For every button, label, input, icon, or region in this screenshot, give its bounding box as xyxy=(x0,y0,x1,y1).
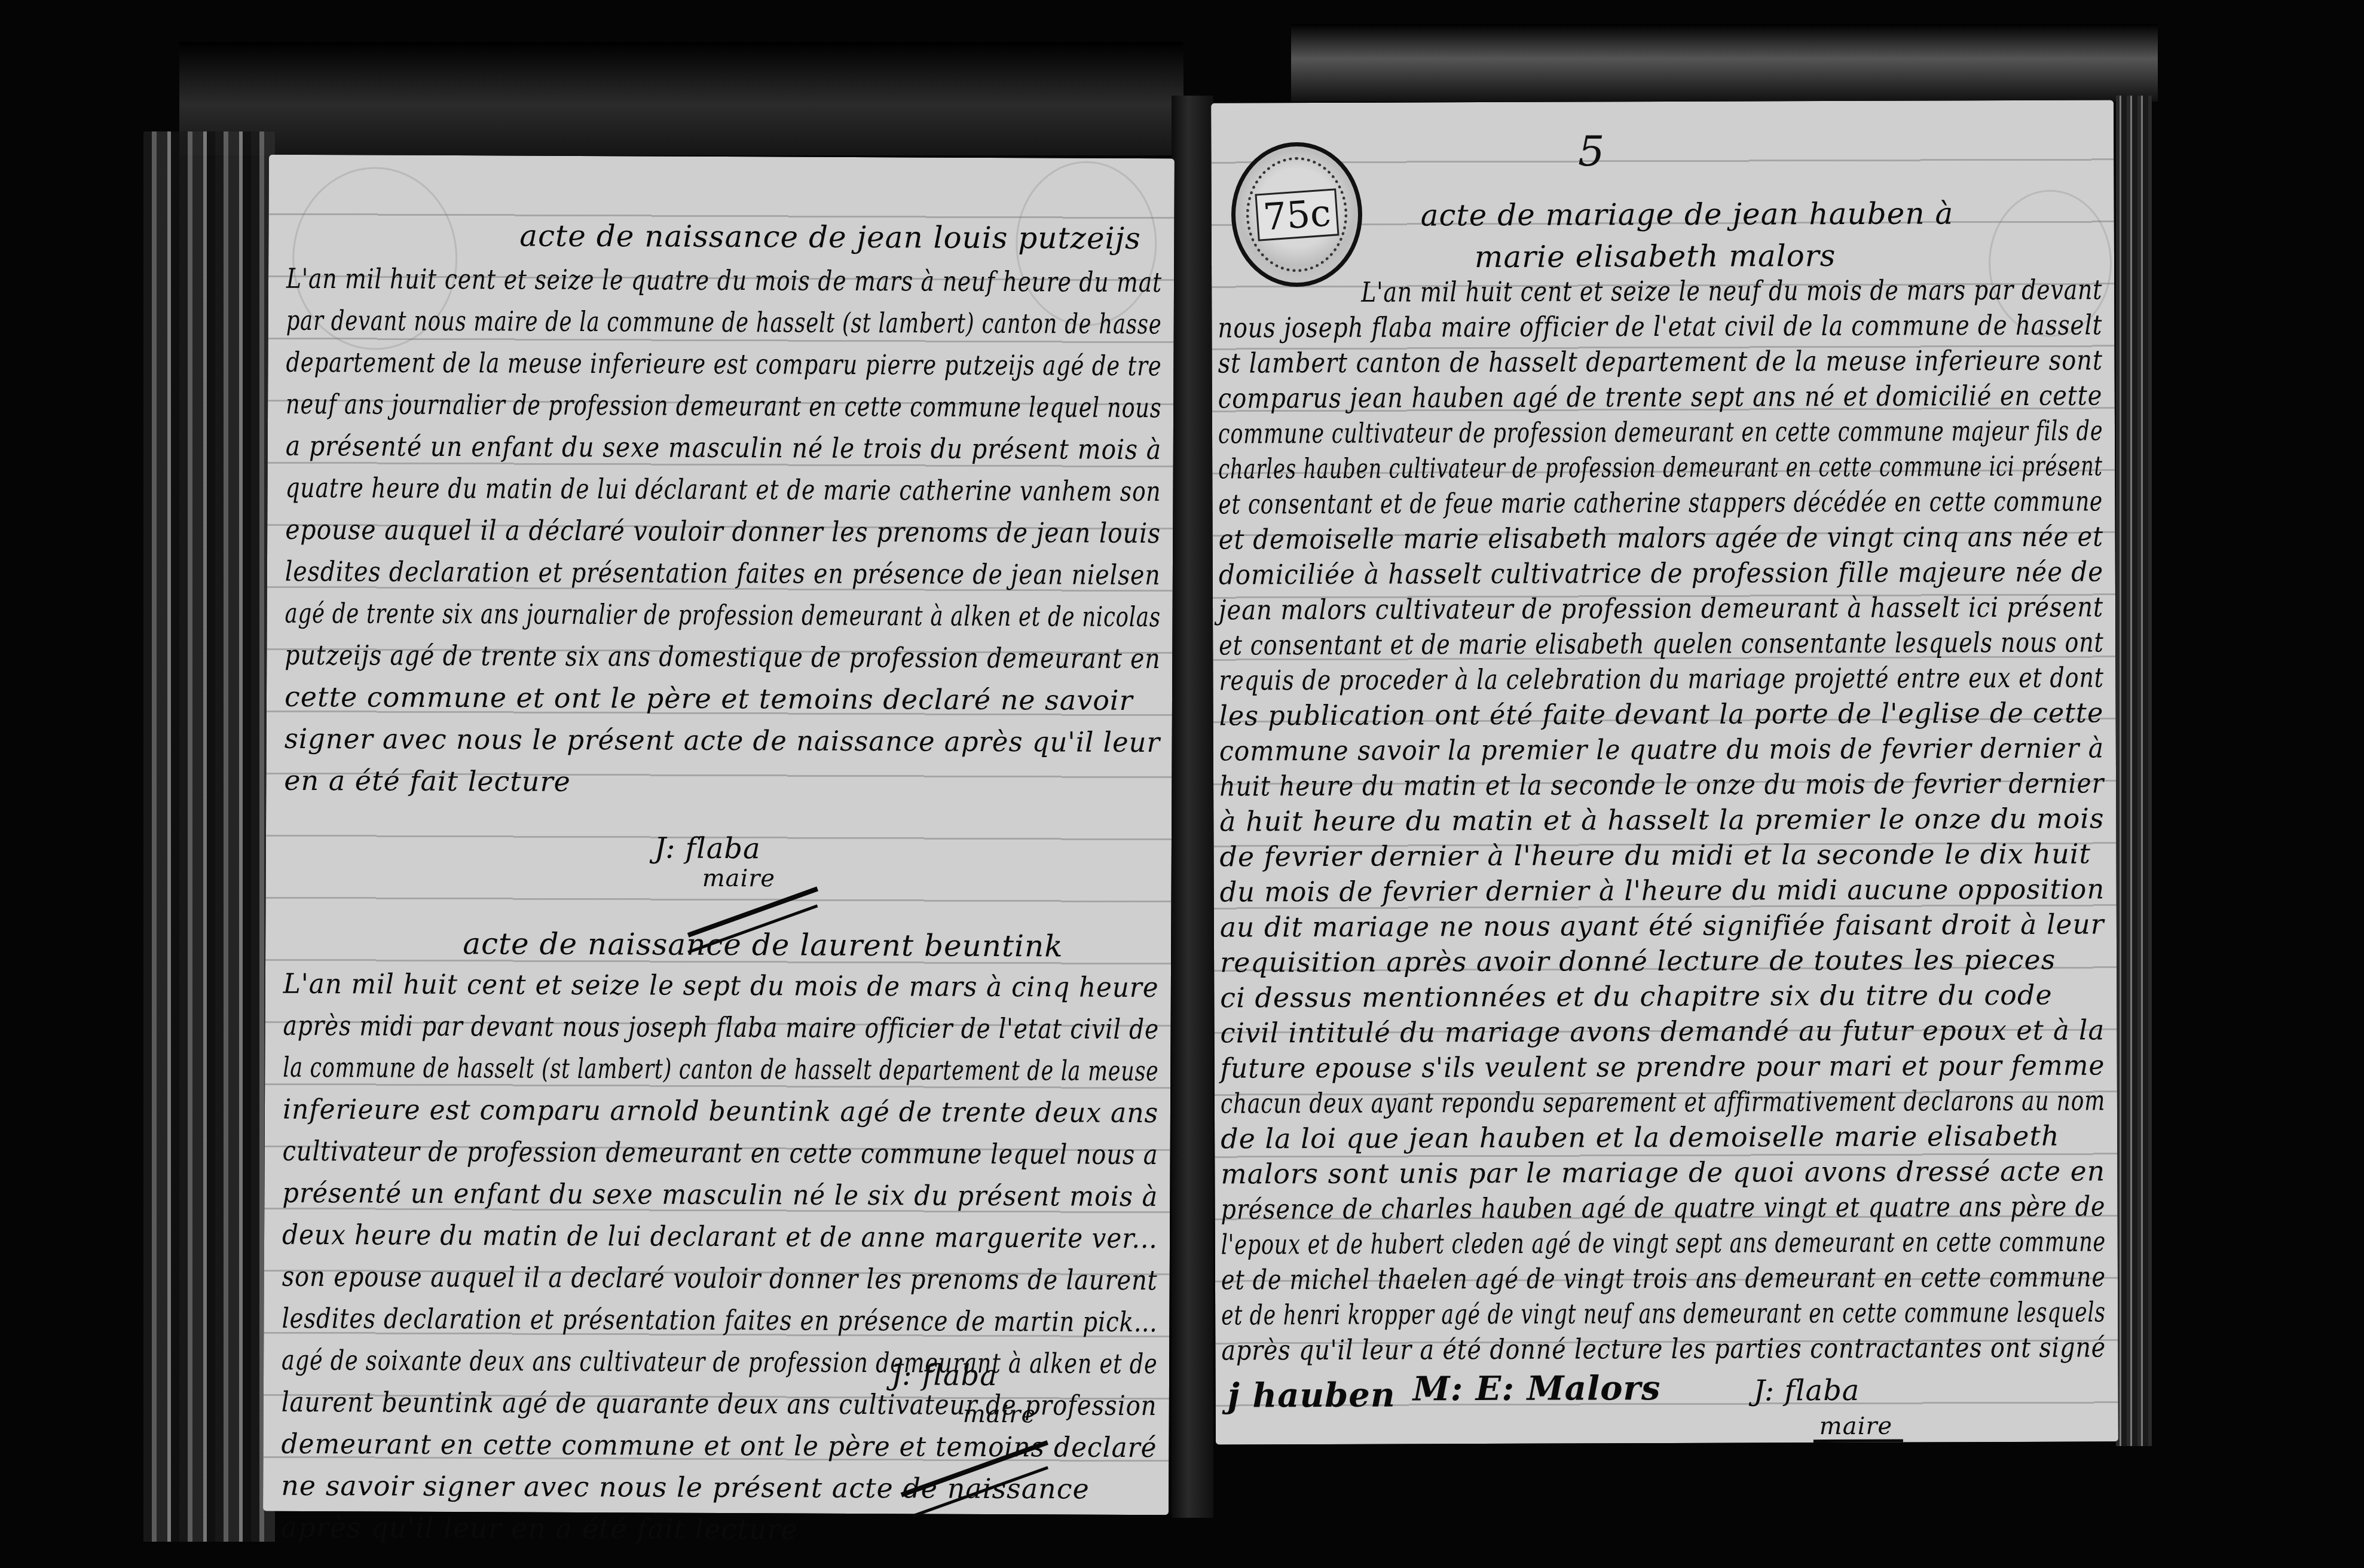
handwritten-line: la commune de hasselt (st lambert) canto… xyxy=(283,1051,1158,1087)
handwritten-line: en a été fait lecture xyxy=(284,764,571,798)
handwritten-line: charles hauben cultivateur de profession… xyxy=(1218,449,2103,485)
handwritten-line: de la loi que jean hauben et la demoisel… xyxy=(1221,1120,2060,1155)
signature-role: maire xyxy=(1819,1413,1893,1440)
handwritten-line: inferieure est comparu arnold beuntink a… xyxy=(283,1093,1158,1129)
page-number: 5 xyxy=(1578,127,1605,176)
handwritten-line: et demoiselle marie elisabeth malors agé… xyxy=(1219,520,2104,555)
act-title: acte de naissance de laurent beuntink xyxy=(463,926,1063,963)
handwritten-line: à huit heure du matin et à hasselt la pr… xyxy=(1219,802,2104,837)
handwritten-line: L'an mil huit cent et seize le quatre du… xyxy=(286,262,1162,298)
signature-groom: j hauben xyxy=(1228,1376,1396,1416)
handwritten-line: nous joseph flaba maire officier de l'et… xyxy=(1218,308,2102,344)
handwritten-line: malors sont unis par le mariage de quoi … xyxy=(1221,1154,2105,1190)
handwritten-line: commune savoir la premier le quatre du m… xyxy=(1219,731,2104,767)
handwritten-line: ci dessus mentionnées et du chapitre six… xyxy=(1220,979,2053,1014)
handwritten-line: présenté un enfant du sexe masculin né l… xyxy=(282,1177,1158,1212)
handwritten-line: de fevrier dernier à l'heure du midi et … xyxy=(1219,838,2091,873)
stamp-value: 75c xyxy=(1255,188,1339,241)
handwritten-line: L'an mil huit cent et seize le sept du m… xyxy=(283,967,1159,1003)
handwritten-line: au dit mariage ne nous ayant été signifi… xyxy=(1220,908,2105,943)
signature-role: maire xyxy=(702,865,776,893)
handwritten-line: future epouse s'ils veulent se prendre p… xyxy=(1221,1049,2105,1084)
book-cover-top-right xyxy=(1291,24,2158,102)
right-page: acte de mariage de jean hauben à marie e… xyxy=(1211,100,2118,1444)
handwritten-line: et de michel thaelen agé de vingt trois … xyxy=(1221,1260,2106,1296)
handwritten-line: requisition après avoir donné lecture de… xyxy=(1220,944,2056,979)
handwritten-line: demeurant en cette commune et ont le pèr… xyxy=(281,1428,1157,1463)
handwritten-line: putzeijs agé de trente six ans domestiqu… xyxy=(285,639,1161,675)
handwritten-line: après qu'il leur en a été fait lecture xyxy=(281,1511,798,1546)
page-stack-edge-right xyxy=(2116,96,2152,1446)
handwritten-line: cette commune et ont le père et temoins … xyxy=(285,681,1133,716)
handwritten-line: requis de proceder à la celebration du m… xyxy=(1219,661,2104,696)
handwritten-line: ne savoir signer avec nous le présent ac… xyxy=(281,1469,1090,1505)
handwritten-line: L'an mil huit cent et seize le neuf du m… xyxy=(1361,273,2102,308)
handwritten-line: après qu'il leur a été donné lecture les… xyxy=(1221,1331,2106,1366)
handwritten-line: deux heure du matin de lui declarant et … xyxy=(282,1218,1158,1254)
handwritten-line: cultivateur de profession demeurant en c… xyxy=(283,1135,1158,1171)
handwritten-line: l'epoux et de hubert cleden agé de vingt… xyxy=(1221,1225,2106,1260)
handwritten-line: les publication ont été faite devant la … xyxy=(1219,696,2104,731)
handwritten-line: agé de trente six ans journalier de prof… xyxy=(285,597,1160,633)
signature-flourish xyxy=(1813,1440,1903,1443)
act-title-line1: acte de mariage de jean hauben à xyxy=(1421,196,1954,232)
handwritten-line: par devant nous maire de la commune de h… xyxy=(286,304,1162,340)
signature: J: flaba xyxy=(655,832,761,866)
left-page: acte de naissance de jean louis putzeijs… xyxy=(263,155,1175,1515)
handwritten-line: a présenté un enfant du sexe masculin né… xyxy=(286,430,1161,465)
page-stack-edge-left xyxy=(143,131,275,1542)
handwritten-line: jean malors cultivateur de profession de… xyxy=(1219,590,2103,626)
handwritten-line: commune cultivateur de profession demeur… xyxy=(1218,414,2103,449)
signature: J: flaba xyxy=(891,1358,998,1392)
handwritten-line: après midi par devant nous joseph flaba … xyxy=(283,1009,1159,1045)
book-cover-top-left xyxy=(179,42,1183,155)
tax-stamp: 75c xyxy=(1231,142,1362,287)
signature-bride: M: E: Malors xyxy=(1412,1368,1660,1408)
act-title: acte de naissance de jean louis putzeijs xyxy=(519,219,1141,256)
handwritten-line: epouse auquel il a déclaré vouloir donne… xyxy=(285,513,1161,549)
handwritten-line: domiciliée à hasselt cultivatrice de pro… xyxy=(1219,555,2103,590)
handwritten-line: et de henri kropper agé de vingt neuf an… xyxy=(1221,1296,2106,1331)
signature-role: maire xyxy=(963,1401,1036,1429)
handwritten-line: et consentant et de feue marie catherine… xyxy=(1218,485,2103,520)
handwritten-line: civil intitulé du mariage avons demandé … xyxy=(1220,1013,2105,1049)
handwritten-line: quatre heure du matin de lui déclarant e… xyxy=(285,471,1161,507)
handwritten-line: chacun deux ayant repondu separement et … xyxy=(1221,1084,2105,1119)
handwritten-line: comparus jean hauben agé de trente sept … xyxy=(1218,379,2103,414)
handwritten-line: lesdites declaration et présentation fai… xyxy=(282,1302,1157,1338)
book-gutter xyxy=(1172,96,1213,1518)
handwritten-line: agé de soixante deux ans cultivateur de … xyxy=(282,1344,1158,1380)
handwritten-line: departement de la meuse inferieure est c… xyxy=(286,346,1161,382)
handwritten-line: huit heure du matin et la seconde le onz… xyxy=(1219,767,2104,802)
handwritten-line: signer avec nous le présent acte de nais… xyxy=(285,722,1160,758)
signature-mayor: J: flaba xyxy=(1754,1374,1860,1408)
handwritten-line: présence de charles hauben agé de quatre… xyxy=(1221,1190,2105,1225)
handwritten-line: st lambert canton de hasselt departement… xyxy=(1218,344,2103,379)
handwritten-line: son epouse auquel il a declaré vouloir d… xyxy=(282,1260,1158,1296)
handwritten-line: neuf ans journalier de profession demeur… xyxy=(286,388,1161,424)
handwritten-line: et consentant et de marie elisabeth quel… xyxy=(1219,626,2104,661)
handwritten-line: du mois de fevrier dernier à l'heure du … xyxy=(1220,872,2105,908)
act-title-line2: marie elisabeth malors xyxy=(1475,238,1836,274)
handwritten-line: lesdites declaration et présentation fai… xyxy=(285,555,1161,591)
